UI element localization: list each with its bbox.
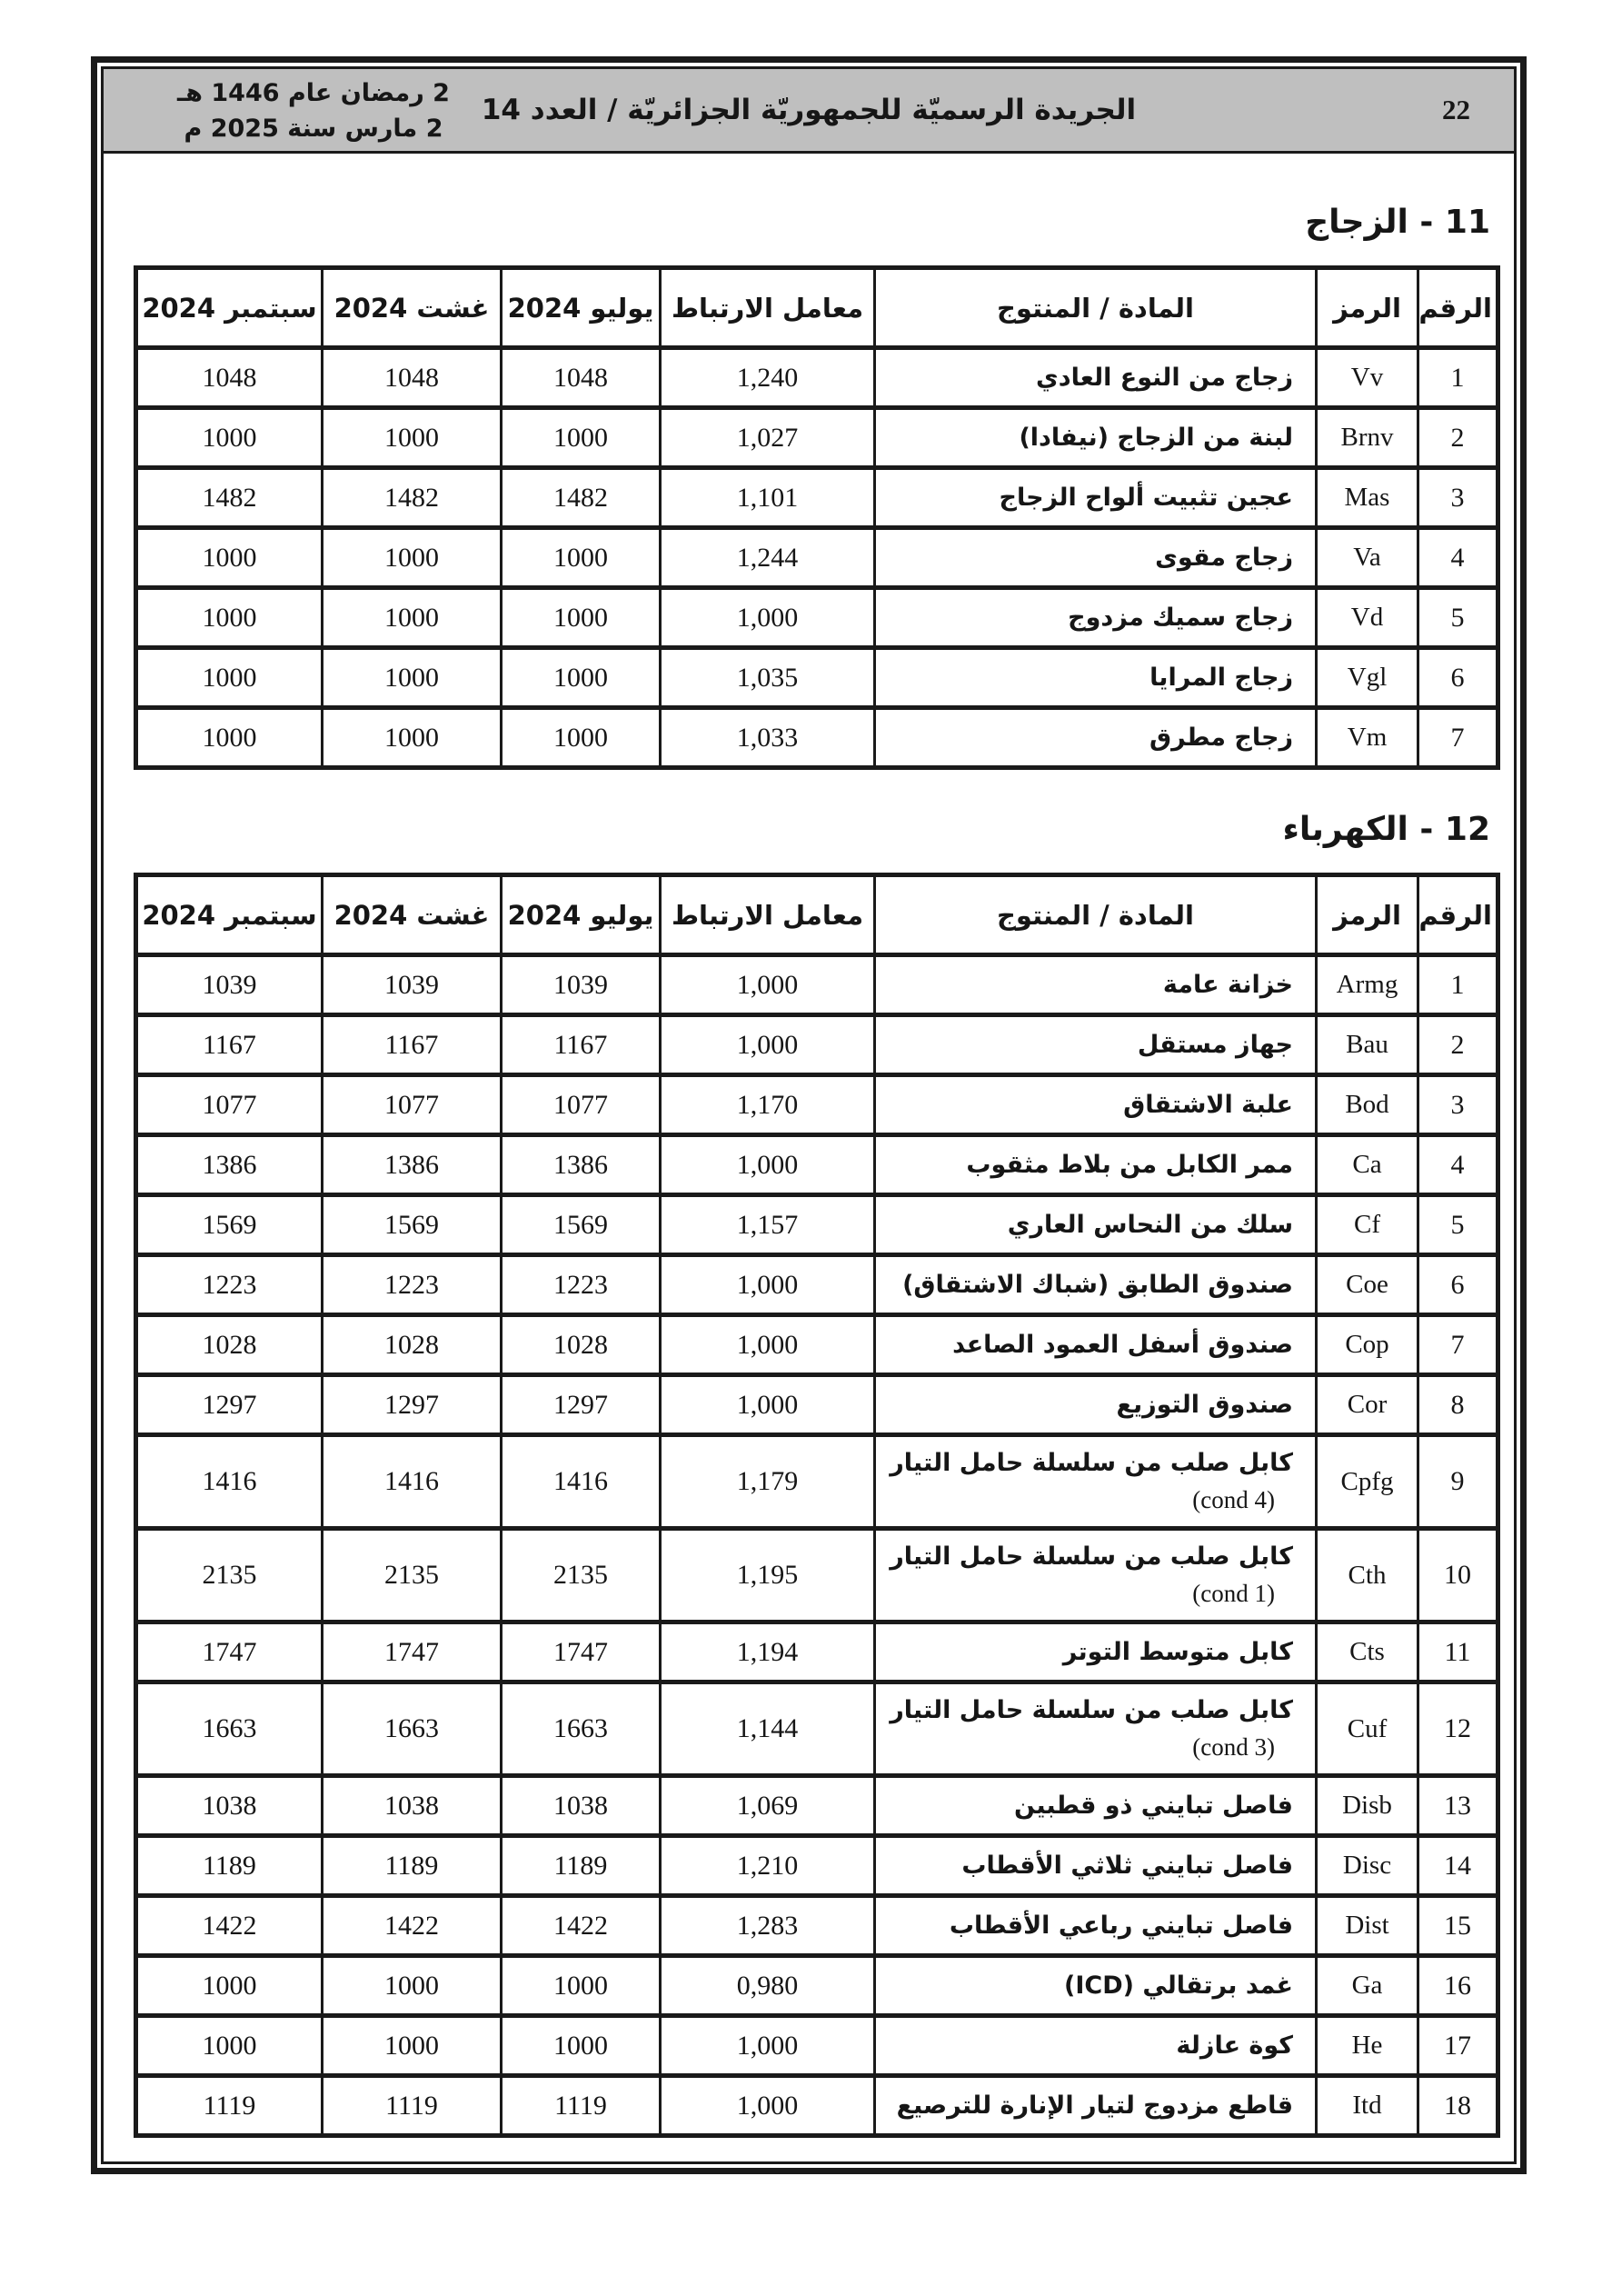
cell-august-2024: 1663 xyxy=(323,1682,502,1776)
cell-july-2024: 1297 xyxy=(502,1375,661,1435)
cell-july-2024: 1048 xyxy=(502,348,661,408)
cell-august-2024: 1482 xyxy=(323,468,502,528)
product-name-text: خزانة عامة xyxy=(885,966,1293,1004)
product-name-text: غمد برتقالي (ICD) xyxy=(885,1967,1293,2005)
cell-correlation-coefficient: 1,144 xyxy=(661,1682,875,1776)
table-row: 14Discفاصل تبايني ثلاثي الأقطاب1,2101189… xyxy=(136,1836,1498,1896)
table-header-row: الرقمالرمزالمادة / المنتوجمعامل الارتباط… xyxy=(136,875,1498,955)
product-conductor-note: (cond 3) xyxy=(885,1729,1293,1767)
cell-september-2024: 1028 xyxy=(136,1315,323,1375)
cell-row-number: 1 xyxy=(1418,348,1498,408)
cell-product-name: زجاج سميك مزدوج xyxy=(875,588,1317,648)
product-name-text: فاصل تبايني ذو قطبين xyxy=(885,1787,1293,1825)
cell-product-name: كابل صلب من سلسلة حامل التيار(cond 1) xyxy=(875,1529,1317,1622)
table-row: 1Armgخزانة عامة1,000103910391039 xyxy=(136,955,1498,1015)
cell-july-2024: 1077 xyxy=(502,1075,661,1135)
cell-row-number: 12 xyxy=(1418,1682,1498,1776)
cell-product-name: ممر الكابل من بلاط مثقوب xyxy=(875,1135,1317,1195)
cell-july-2024: 1000 xyxy=(502,1956,661,2016)
cell-product-name: فاصل تبايني ثلاثي الأقطاب xyxy=(875,1836,1317,1896)
cell-product-name: كابل متوسط التوتر xyxy=(875,1622,1317,1682)
cell-product-name: زجاج من النوع العادي xyxy=(875,348,1317,408)
column-header-july-2024: يوليو 2024 xyxy=(502,268,661,348)
cell-row-number: 2 xyxy=(1418,408,1498,468)
cell-september-2024: 1569 xyxy=(136,1195,323,1255)
table-row: 7Vmزجاج مطرق1,033100010001000 xyxy=(136,708,1498,768)
cell-product-code: Disc xyxy=(1317,1836,1418,1896)
table-row: 4Caممر الكابل من بلاط مثقوب1,00013861386… xyxy=(136,1135,1498,1195)
cell-july-2024: 1569 xyxy=(502,1195,661,1255)
cell-row-number: 8 xyxy=(1418,1375,1498,1435)
cell-product-name: صندوق التوزيع xyxy=(875,1375,1317,1435)
table-row: 15Distفاصل تبايني رباعي الأقطاب1,2831422… xyxy=(136,1896,1498,1956)
cell-correlation-coefficient: 1,101 xyxy=(661,468,875,528)
cell-correlation-coefficient: 1,170 xyxy=(661,1075,875,1135)
cell-july-2024: 1386 xyxy=(502,1135,661,1195)
cell-product-name: علبة الاشتقاق xyxy=(875,1075,1317,1135)
cell-product-name: زجاج مطرق xyxy=(875,708,1317,768)
cell-september-2024: 1000 xyxy=(136,408,323,468)
cell-september-2024: 1000 xyxy=(136,648,323,708)
cell-row-number: 9 xyxy=(1418,1435,1498,1529)
cell-correlation-coefficient: 1,000 xyxy=(661,955,875,1015)
cell-september-2024: 1482 xyxy=(136,468,323,528)
cell-august-2024: 1569 xyxy=(323,1195,502,1255)
cell-row-number: 18 xyxy=(1418,2076,1498,2136)
cell-august-2024: 2135 xyxy=(323,1529,502,1622)
cell-july-2024: 1000 xyxy=(502,408,661,468)
cell-july-2024: 1028 xyxy=(502,1315,661,1375)
cell-july-2024: 1119 xyxy=(502,2076,661,2136)
cell-correlation-coefficient: 1,000 xyxy=(661,1135,875,1195)
cell-august-2024: 1189 xyxy=(323,1836,502,1896)
product-name-text: زجاج سميك مزدوج xyxy=(885,599,1293,637)
cell-product-name: كابل صلب من سلسلة حامل التيار(cond 3) xyxy=(875,1682,1317,1776)
cell-row-number: 7 xyxy=(1418,1315,1498,1375)
table-row: 2Bauجهاز مستقل1,000116711671167 xyxy=(136,1015,1498,1075)
cell-product-name: كابل صلب من سلسلة حامل التيار(cond 4) xyxy=(875,1435,1317,1529)
journal-title: الجريدة الرسميّة للجمهوريّة الجزائريّة /… xyxy=(482,94,1136,126)
cell-product-name: زجاج مقوى xyxy=(875,528,1317,588)
cell-august-2024: 1297 xyxy=(323,1375,502,1435)
hijri-date: 2 رمضان عام 1446 هـ xyxy=(127,75,500,111)
cell-product-code: He xyxy=(1317,2016,1418,2076)
cell-september-2024: 2135 xyxy=(136,1529,323,1622)
cell-product-code: Disb xyxy=(1317,1776,1418,1836)
cell-august-2024: 1223 xyxy=(323,1255,502,1315)
table-row: 11Ctsكابل متوسط التوتر1,194174717471747 xyxy=(136,1622,1498,1682)
cell-august-2024: 1000 xyxy=(323,588,502,648)
cell-row-number: 3 xyxy=(1418,468,1498,528)
header-dates: 2 رمضان عام 1446 هـ 2 مارس سنة 2025 م xyxy=(127,75,500,146)
table-row: 3Masعجين تثبيت ألواح الزجاج1,10114821482… xyxy=(136,468,1498,528)
cell-august-2024: 1039 xyxy=(323,955,502,1015)
cell-product-code: Vd xyxy=(1317,588,1418,648)
product-name-text: جهاز مستقل xyxy=(885,1026,1293,1064)
cell-product-code: Coe xyxy=(1317,1255,1418,1315)
table-row: 5Vdزجاج سميك مزدوج1,000100010001000 xyxy=(136,588,1498,648)
cell-correlation-coefficient: 1,210 xyxy=(661,1836,875,1896)
table-row: 5Cfسلك من النحاس العاري1,157156915691569 xyxy=(136,1195,1498,1255)
cell-august-2024: 1000 xyxy=(323,528,502,588)
table-row: 7Copصندوق أسفل العمود الصاعد1,0001028102… xyxy=(136,1315,1498,1375)
cell-july-2024: 1000 xyxy=(502,648,661,708)
product-name-text: كابل صلب من سلسلة حامل التيار xyxy=(885,1538,1293,1576)
glass-table: الرقمالرمزالمادة / المنتوجمعامل الارتباط… xyxy=(134,265,1500,770)
table-row: 6Vglزجاج المرايا1,035100010001000 xyxy=(136,648,1498,708)
page-frame: 2 رمضان عام 1446 هـ 2 مارس سنة 2025 م ال… xyxy=(91,56,1527,2174)
cell-row-number: 15 xyxy=(1418,1896,1498,1956)
cell-september-2024: 1189 xyxy=(136,1836,323,1896)
product-name-text: سلك من النحاس العاري xyxy=(885,1206,1293,1244)
table-row: 10Cthكابل صلب من سلسلة حامل التيار(cond … xyxy=(136,1529,1498,1622)
cell-september-2024: 1386 xyxy=(136,1135,323,1195)
cell-product-name: كوة عازلة xyxy=(875,2016,1317,2076)
cell-september-2024: 1663 xyxy=(136,1682,323,1776)
electricity-table: الرقمالرمزالمادة / المنتوجمعامل الارتباط… xyxy=(134,873,1500,2138)
product-name-text: قاطع مزدوج لتيار الإنارة للترصيع xyxy=(885,2087,1293,2125)
cell-product-code: Itd xyxy=(1317,2076,1418,2136)
gregorian-date: 2 مارس سنة 2025 م xyxy=(127,111,500,146)
cell-correlation-coefficient: 1,179 xyxy=(661,1435,875,1529)
product-name-text: علبة الاشتقاق xyxy=(885,1086,1293,1124)
cell-july-2024: 2135 xyxy=(502,1529,661,1622)
table-row: 2Brnvلبنة من الزجاج (نيفادا)1,0271000100… xyxy=(136,408,1498,468)
cell-september-2024: 1416 xyxy=(136,1435,323,1529)
product-name-text: عجين تثبيت ألواح الزجاج xyxy=(885,479,1293,517)
cell-row-number: 5 xyxy=(1418,1195,1498,1255)
cell-product-code: Cop xyxy=(1317,1315,1418,1375)
cell-august-2024: 1386 xyxy=(323,1135,502,1195)
cell-august-2024: 1000 xyxy=(323,2016,502,2076)
cell-product-code: Cth xyxy=(1317,1529,1418,1622)
cell-correlation-coefficient: 1,027 xyxy=(661,408,875,468)
cell-product-name: صندوق أسفل العمود الصاعد xyxy=(875,1315,1317,1375)
cell-september-2024: 1000 xyxy=(136,2016,323,2076)
cell-july-2024: 1416 xyxy=(502,1435,661,1529)
cell-august-2024: 1000 xyxy=(323,648,502,708)
cell-product-code: Brnv xyxy=(1317,408,1418,468)
cell-product-name: صندوق الطابق (شباك الاشتقاق) xyxy=(875,1255,1317,1315)
column-header-july-2024: يوليو 2024 xyxy=(502,875,661,955)
cell-product-code: Armg xyxy=(1317,955,1418,1015)
table-row: 17Heكوة عازلة1,000100010001000 xyxy=(136,2016,1498,2076)
cell-product-code: Cor xyxy=(1317,1375,1418,1435)
cell-september-2024: 1039 xyxy=(136,955,323,1015)
cell-product-name: فاصل تبايني رباعي الأقطاب xyxy=(875,1896,1317,1956)
cell-correlation-coefficient: 1,157 xyxy=(661,1195,875,1255)
cell-product-name: سلك من النحاس العاري xyxy=(875,1195,1317,1255)
product-name-text: صندوق أسفل العمود الصاعد xyxy=(885,1326,1293,1364)
cell-product-code: Vv xyxy=(1317,348,1418,408)
cell-product-code: Mas xyxy=(1317,468,1418,528)
cell-correlation-coefficient: 1,195 xyxy=(661,1529,875,1622)
cell-correlation-coefficient: 1,194 xyxy=(661,1622,875,1682)
cell-july-2024: 1422 xyxy=(502,1896,661,1956)
table-row: 6Coeصندوق الطابق (شباك الاشتقاق)1,000122… xyxy=(136,1255,1498,1315)
cell-correlation-coefficient: 1,033 xyxy=(661,708,875,768)
cell-august-2024: 1038 xyxy=(323,1776,502,1836)
cell-correlation-coefficient: 1,283 xyxy=(661,1896,875,1956)
cell-august-2024: 1747 xyxy=(323,1622,502,1682)
cell-product-name: خزانة عامة xyxy=(875,955,1317,1015)
table-header-row: الرقمالرمزالمادة / المنتوجمعامل الارتباط… xyxy=(136,268,1498,348)
cell-september-2024: 1077 xyxy=(136,1075,323,1135)
product-name-text: صندوق الطابق (شباك الاشتقاق) xyxy=(885,1266,1293,1304)
cell-correlation-coefficient: 1,244 xyxy=(661,528,875,588)
cell-august-2024: 1000 xyxy=(323,1956,502,2016)
cell-september-2024: 1038 xyxy=(136,1776,323,1836)
product-name-text: كوة عازلة xyxy=(885,2027,1293,2065)
cell-july-2024: 1663 xyxy=(502,1682,661,1776)
table-row: 13Disbفاصل تبايني ذو قطبين1,069103810381… xyxy=(136,1776,1498,1836)
cell-august-2024: 1048 xyxy=(323,348,502,408)
cell-product-name: غمد برتقالي (ICD) xyxy=(875,1956,1317,2016)
cell-july-2024: 1000 xyxy=(502,708,661,768)
product-name-text: كابل صلب من سلسلة حامل التيار xyxy=(885,1444,1293,1482)
cell-row-number: 3 xyxy=(1418,1075,1498,1135)
cell-product-code: Cf xyxy=(1317,1195,1418,1255)
cell-august-2024: 1000 xyxy=(323,408,502,468)
cell-july-2024: 1167 xyxy=(502,1015,661,1075)
cell-product-code: Bod xyxy=(1317,1075,1418,1135)
cell-product-name: زجاج المرايا xyxy=(875,648,1317,708)
cell-correlation-coefficient: 1,000 xyxy=(661,588,875,648)
cell-correlation-coefficient: 1,000 xyxy=(661,1255,875,1315)
product-conductor-note: (cond 1) xyxy=(885,1575,1293,1613)
cell-july-2024: 1482 xyxy=(502,468,661,528)
cell-row-number: 16 xyxy=(1418,1956,1498,2016)
cell-september-2024: 1000 xyxy=(136,1956,323,2016)
column-header-product: المادة / المنتوج xyxy=(875,875,1317,955)
cell-product-name: لبنة من الزجاج (نيفادا) xyxy=(875,408,1317,468)
cell-september-2024: 1000 xyxy=(136,588,323,648)
product-name-text: زجاج من النوع العادي xyxy=(885,359,1293,397)
cell-correlation-coefficient: 1,035 xyxy=(661,648,875,708)
column-header-code: الرمز xyxy=(1317,268,1418,348)
cell-product-code: Vm xyxy=(1317,708,1418,768)
cell-product-name: عجين تثبيت ألواح الزجاج xyxy=(875,468,1317,528)
section-title-glass: 11 - الزجاج xyxy=(104,203,1514,242)
cell-correlation-coefficient: 1,000 xyxy=(661,2016,875,2076)
cell-row-number: 1 xyxy=(1418,955,1498,1015)
column-header-code: الرمز xyxy=(1317,875,1418,955)
cell-correlation-coefficient: 1,000 xyxy=(661,2076,875,2136)
table-row: 4Vaزجاج مقوى1,244100010001000 xyxy=(136,528,1498,588)
cell-august-2024: 1119 xyxy=(323,2076,502,2136)
table-row: 16Gaغمد برتقالي (ICD)0,980100010001000 xyxy=(136,1956,1498,2016)
product-name-text: كابل متوسط التوتر xyxy=(885,1633,1293,1672)
section-title-electricity: 12 - الكهرباء xyxy=(104,810,1514,849)
column-header-correlation: معامل الارتباط xyxy=(661,268,875,348)
table-row: 18Itdقاطع مزدوج لتيار الإنارة للترصيع1,0… xyxy=(136,2076,1498,2136)
product-name-text: لبنة من الزجاج (نيفادا) xyxy=(885,419,1293,457)
cell-row-number: 2 xyxy=(1418,1015,1498,1075)
cell-august-2024: 1028 xyxy=(323,1315,502,1375)
column-header-number: الرقم xyxy=(1418,875,1498,955)
product-name-text: كابل صلب من سلسلة حامل التيار xyxy=(885,1692,1293,1730)
cell-july-2024: 1039 xyxy=(502,955,661,1015)
cell-row-number: 5 xyxy=(1418,588,1498,648)
table-row: 9Cpfgكابل صلب من سلسلة حامل التيار(cond … xyxy=(136,1435,1498,1529)
cell-product-code: Ga xyxy=(1317,1956,1418,2016)
cell-row-number: 4 xyxy=(1418,528,1498,588)
cell-august-2024: 1167 xyxy=(323,1015,502,1075)
product-conductor-note: (cond 4) xyxy=(885,1482,1293,1520)
cell-row-number: 13 xyxy=(1418,1776,1498,1836)
cell-september-2024: 1167 xyxy=(136,1015,323,1075)
cell-product-name: فاصل تبايني ذو قطبين xyxy=(875,1776,1317,1836)
cell-july-2024: 1000 xyxy=(502,528,661,588)
cell-september-2024: 1297 xyxy=(136,1375,323,1435)
cell-row-number: 17 xyxy=(1418,2016,1498,2076)
product-name-text: فاصل تبايني رباعي الأقطاب xyxy=(885,1907,1293,1945)
cell-august-2024: 1077 xyxy=(323,1075,502,1135)
inner-frame: 2 رمضان عام 1446 هـ 2 مارس سنة 2025 م ال… xyxy=(101,66,1517,2164)
cell-september-2024: 1422 xyxy=(136,1896,323,1956)
cell-product-code: Bau xyxy=(1317,1015,1418,1075)
column-header-august-2024: غشت 2024 xyxy=(323,875,502,955)
cell-september-2024: 1747 xyxy=(136,1622,323,1682)
column-header-product: المادة / المنتوج xyxy=(875,268,1317,348)
cell-correlation-coefficient: 1,000 xyxy=(661,1015,875,1075)
column-header-correlation: معامل الارتباط xyxy=(661,875,875,955)
cell-correlation-coefficient: 1,069 xyxy=(661,1776,875,1836)
cell-august-2024: 1422 xyxy=(323,1896,502,1956)
cell-correlation-coefficient: 1,000 xyxy=(661,1375,875,1435)
cell-september-2024: 1000 xyxy=(136,528,323,588)
page-header: 2 رمضان عام 1446 هـ 2 مارس سنة 2025 م ال… xyxy=(104,69,1514,154)
product-name-text: زجاج المرايا xyxy=(885,659,1293,697)
cell-row-number: 6 xyxy=(1418,648,1498,708)
cell-product-code: Cuf xyxy=(1317,1682,1418,1776)
gazette-page: { "colors": { "band_bg": "#bfbfbf", "ink… xyxy=(0,0,1622,2296)
product-name-text: صندوق التوزيع xyxy=(885,1386,1293,1424)
cell-product-code: Vgl xyxy=(1317,648,1418,708)
cell-product-code: Ca xyxy=(1317,1135,1418,1195)
cell-correlation-coefficient: 0,980 xyxy=(661,1956,875,2016)
cell-correlation-coefficient: 1,240 xyxy=(661,348,875,408)
cell-september-2024: 1000 xyxy=(136,708,323,768)
cell-july-2024: 1189 xyxy=(502,1836,661,1896)
cell-september-2024: 1223 xyxy=(136,1255,323,1315)
cell-product-code: Va xyxy=(1317,528,1418,588)
cell-row-number: 7 xyxy=(1418,708,1498,768)
table-row: 8Corصندوق التوزيع1,000129712971297 xyxy=(136,1375,1498,1435)
column-header-september-2024: سبتمبر 2024 xyxy=(136,268,323,348)
column-header-september-2024: سبتمبر 2024 xyxy=(136,875,323,955)
column-header-august-2024: غشت 2024 xyxy=(323,268,502,348)
cell-july-2024: 1000 xyxy=(502,588,661,648)
cell-july-2024: 1223 xyxy=(502,1255,661,1315)
product-name-text: زجاج مطرق xyxy=(885,719,1293,757)
cell-july-2024: 1747 xyxy=(502,1622,661,1682)
cell-product-name: جهاز مستقل xyxy=(875,1015,1317,1075)
table-row: 3Bodعلبة الاشتقاق1,170107710771077 xyxy=(136,1075,1498,1135)
cell-july-2024: 1000 xyxy=(502,2016,661,2076)
cell-row-number: 11 xyxy=(1418,1622,1498,1682)
cell-row-number: 10 xyxy=(1418,1529,1498,1622)
cell-august-2024: 1416 xyxy=(323,1435,502,1529)
cell-product-name: قاطع مزدوج لتيار الإنارة للترصيع xyxy=(875,2076,1317,2136)
cell-correlation-coefficient: 1,000 xyxy=(661,1315,875,1375)
cell-september-2024: 1119 xyxy=(136,2076,323,2136)
cell-august-2024: 1000 xyxy=(323,708,502,768)
product-name-text: فاصل تبايني ثلاثي الأقطاب xyxy=(885,1847,1293,1885)
column-header-number: الرقم xyxy=(1418,268,1498,348)
cell-september-2024: 1048 xyxy=(136,348,323,408)
page-number: 22 xyxy=(1442,94,1470,126)
table-row: 1Vvزجاج من النوع العادي1,240104810481048 xyxy=(136,348,1498,408)
cell-product-code: Dist xyxy=(1317,1896,1418,1956)
cell-product-code: Cts xyxy=(1317,1622,1418,1682)
cell-row-number: 6 xyxy=(1418,1255,1498,1315)
cell-row-number: 14 xyxy=(1418,1836,1498,1896)
cell-july-2024: 1038 xyxy=(502,1776,661,1836)
product-name-text: ممر الكابل من بلاط مثقوب xyxy=(885,1146,1293,1184)
table-row: 12Cufكابل صلب من سلسلة حامل التيار(cond … xyxy=(136,1682,1498,1776)
cell-row-number: 4 xyxy=(1418,1135,1498,1195)
page-content: 11 - الزجاج الرقمالرمزالمادة / المنتوجمع… xyxy=(104,154,1514,2161)
product-name-text: زجاج مقوى xyxy=(885,539,1293,577)
cell-product-code: Cpfg xyxy=(1317,1435,1418,1529)
